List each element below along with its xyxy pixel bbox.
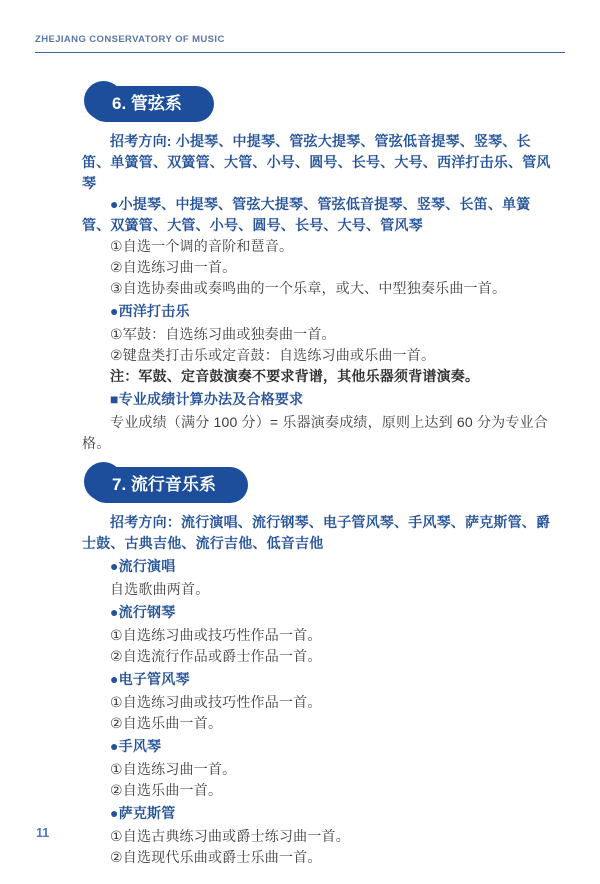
section-7-banner: 7. 流行音乐系 [88, 467, 248, 503]
exam-item: ③自选协奏曲或奏鸣曲的一个乐章，或大、中型独奏乐曲一首。 [82, 278, 556, 299]
score-method-text: 专业成绩（满分 100 分）= 乐器演奏成绩，原则上达到 60 分为专业合格。 [82, 412, 556, 454]
subsection-header-pop-piano: ●流行钢琴 [82, 602, 556, 623]
page-number: 11 [36, 826, 49, 840]
exam-item: ①自选一个调的音阶和琶音。 [82, 236, 556, 257]
exam-item: ①自选练习曲或技巧性作品一首。 [82, 625, 556, 646]
header-rule [35, 52, 565, 53]
admission-directions-paragraph: 招考方向：流行演唱、流行钢琴、电子管风琴、手风琴、萨克斯管、爵士鼓、古典吉他、流… [82, 512, 556, 554]
subsection-header-saxophone: ●萨克斯管 [82, 803, 556, 824]
document-page: ZHEJIANG CONSERVATORY OF MUSIC 6. 管弦系 招考… [0, 0, 600, 884]
page-body: 6. 管弦系 招考方向: 小提琴、中提琴、管弦大提琴、管弦低音提琴、竖琴、长笛、… [82, 55, 556, 868]
exam-item: 自选歌曲两首。 [82, 579, 556, 600]
exam-item: ②自选乐曲一首。 [82, 713, 556, 734]
header-title: ZHEJIANG CONSERVATORY OF MUSIC [35, 34, 565, 45]
section-6-banner: 6. 管弦系 [88, 86, 214, 122]
subsection-header-accordion: ●手风琴 [82, 736, 556, 757]
subsection-header-pop-vocal: ●流行演唱 [82, 556, 556, 577]
subsection-header-percussion: ●西洋打击乐 [82, 301, 556, 322]
exam-item: ②自选练习曲一首。 [82, 257, 556, 278]
subsection-header-electronic-organ: ●电子管风琴 [82, 669, 556, 690]
exam-item: ①自选练习曲或技巧性作品一首。 [82, 692, 556, 713]
score-method-header: ■专业成绩计算办法及合格要求 [82, 389, 556, 410]
exam-item: ②自选乐曲一首。 [82, 780, 556, 801]
exam-item: ①自选古典练习曲或爵士练习曲一首。 [82, 826, 556, 847]
exam-item: ②键盘类打击乐或定音鼓：自选练习曲或乐曲一首。 [82, 345, 556, 366]
exam-item: ②自选流行作品或爵士作品一首。 [82, 646, 556, 667]
exam-item: ②自选现代乐曲或爵士乐曲一首。 [82, 847, 556, 868]
note-paragraph: 注：军鼓、定音鼓演奏不要求背谱，其他乐器须背谱演奏。 [82, 366, 556, 387]
exam-item: ①军鼓：自选练习曲或独奏曲一首。 [82, 324, 556, 345]
exam-item: ①自选练习曲一首。 [82, 759, 556, 780]
page-header: ZHEJIANG CONSERVATORY OF MUSIC [35, 34, 565, 53]
admission-directions-paragraph: 招考方向: 小提琴、中提琴、管弦大提琴、管弦低音提琴、竖琴、长笛、单簧管、双簧管… [82, 131, 556, 194]
instrument-list-paragraph: ●小提琴、中提琴、管弦大提琴、管弦低音提琴、竖琴、长笛、单簧管、双簧管、大管、小… [82, 194, 556, 236]
